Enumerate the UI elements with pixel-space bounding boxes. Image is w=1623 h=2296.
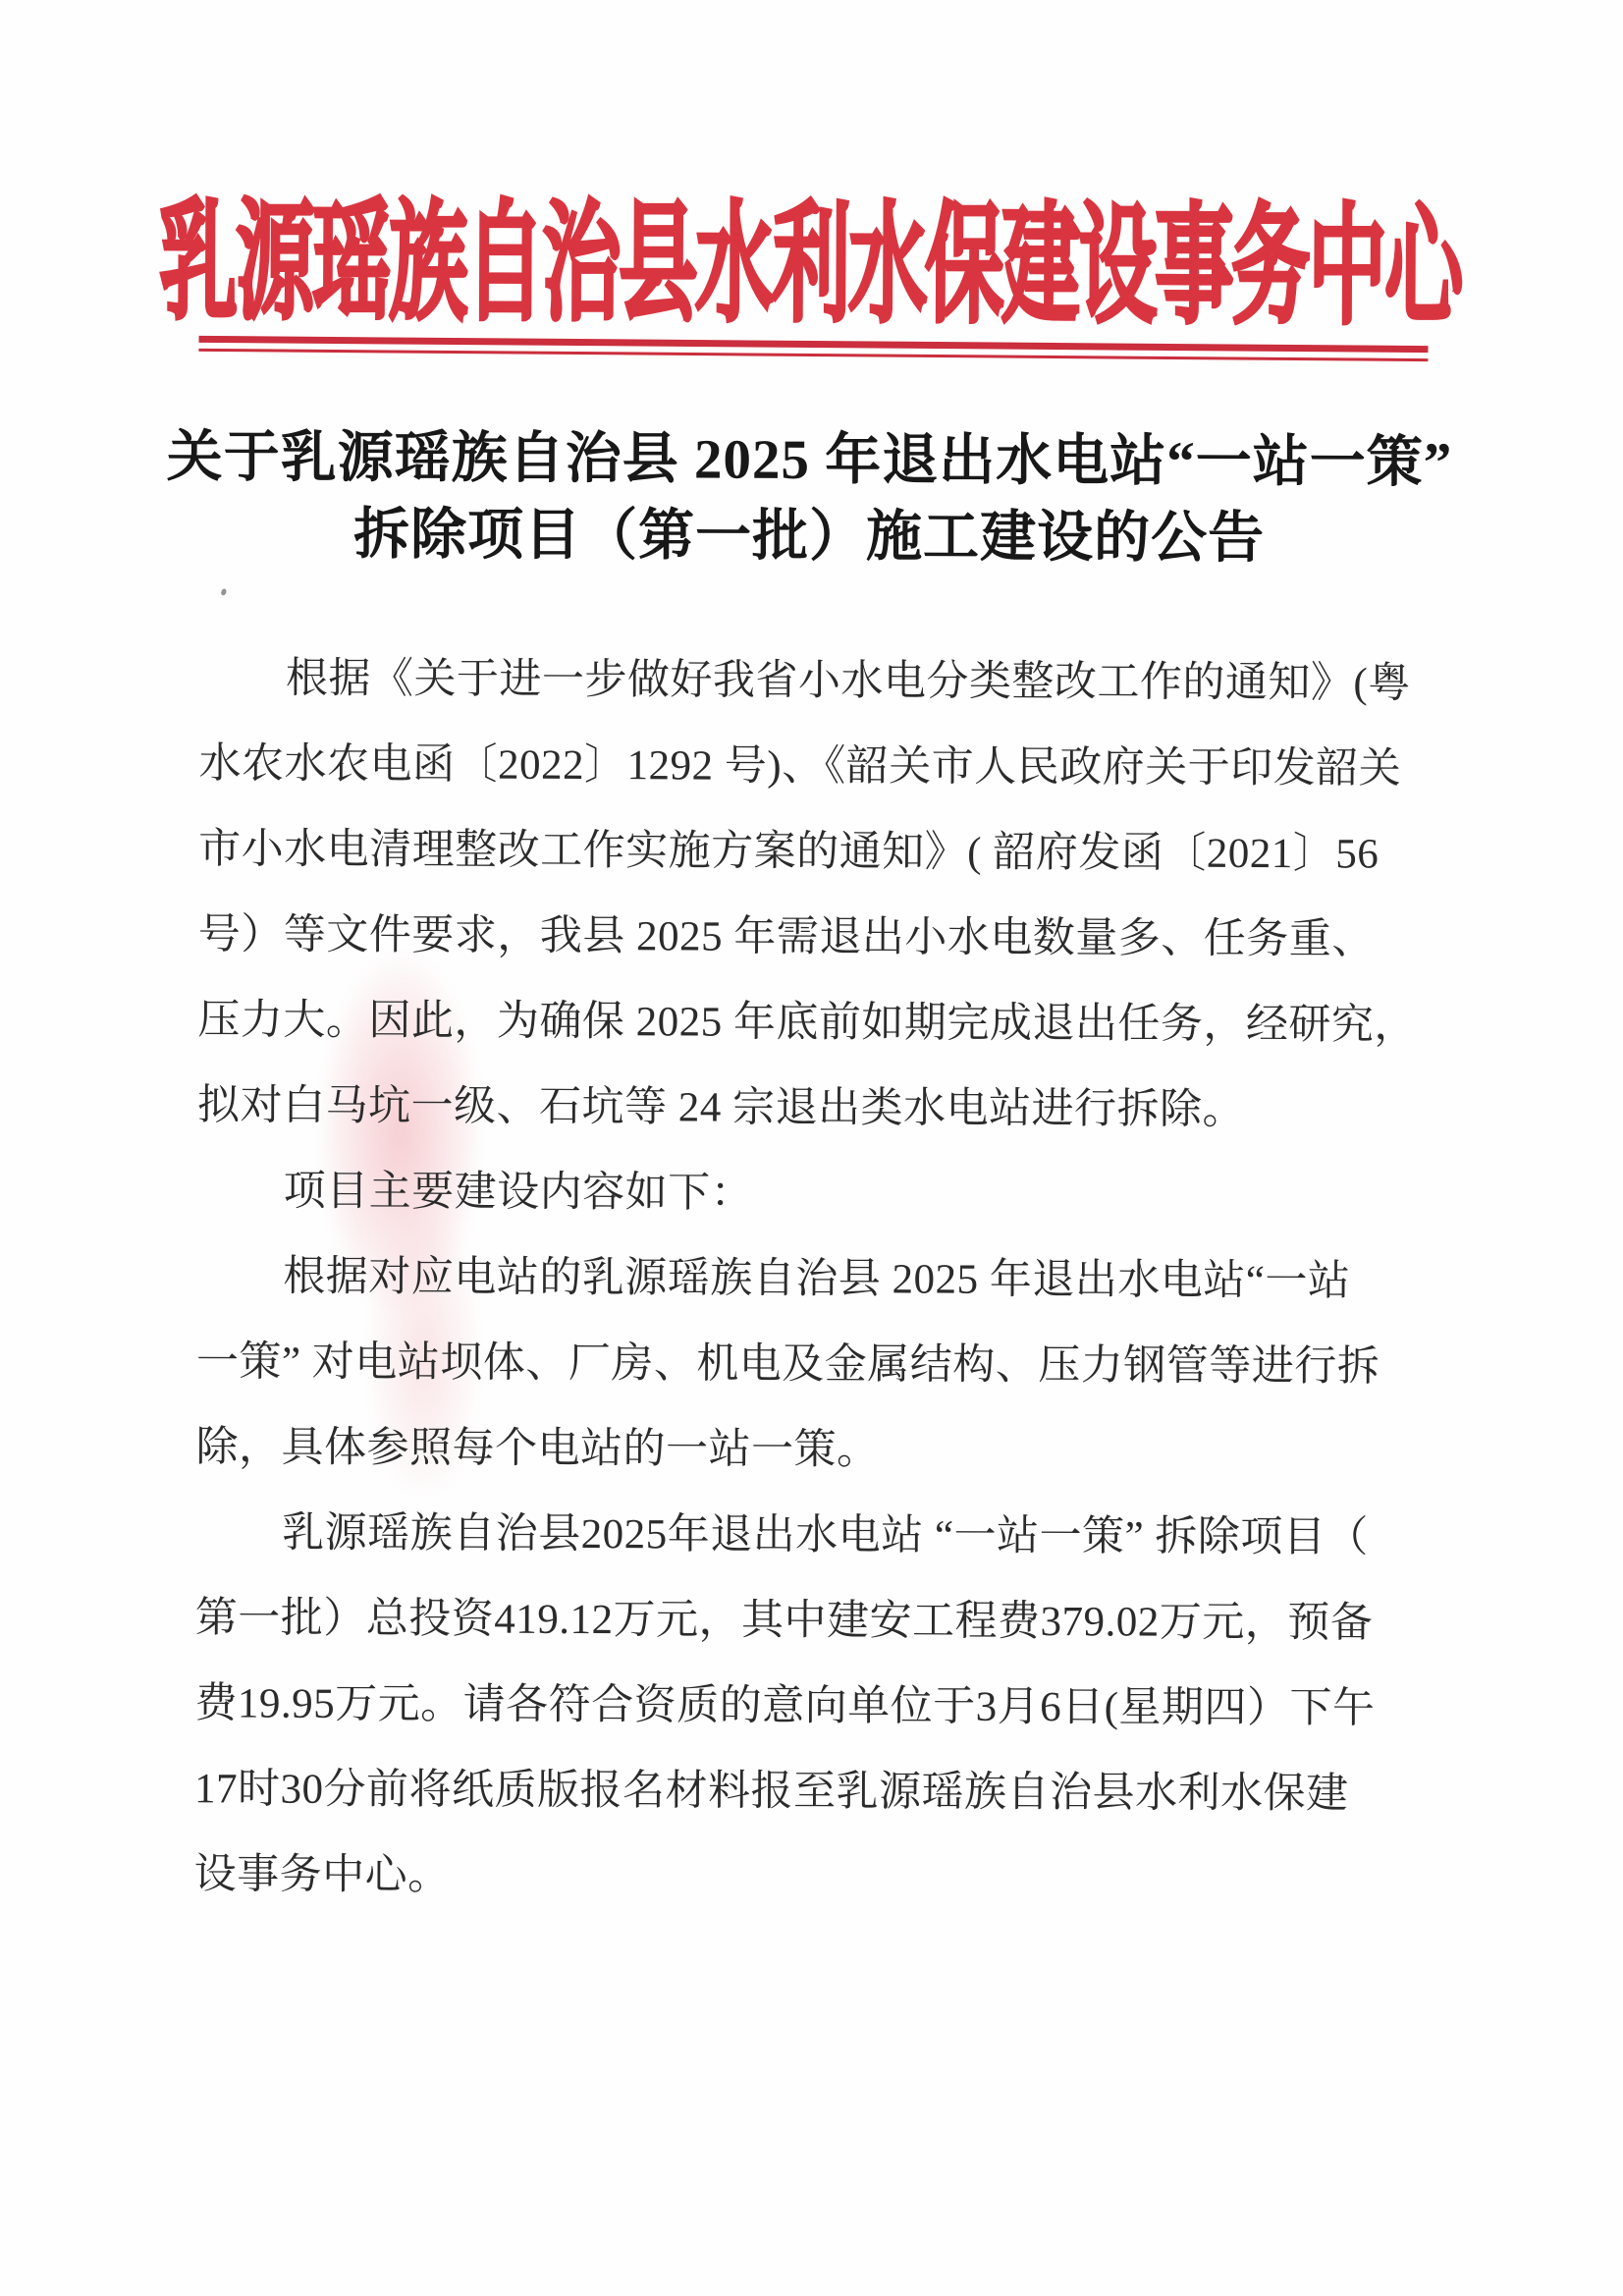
document-page: 乳源瑶族自治县水利水保建设事务中心 关于乳源瑶族自治县 2025 年退出水电站“…	[0, 0, 1623, 2296]
body-line: 项目主要建设内容如下：	[197, 1148, 1425, 1238]
notice-body: 根据《关于进一步做好我省小水电分类整改工作的通知》(粤 水农水农电函〔2022〕…	[193, 635, 1427, 1922]
body-line: 拟对白马坑一级、石坑等 24 宗退出类水电站进行拆除。	[197, 1063, 1425, 1153]
body-line: 除，具体参照每个电站的一站一策。	[195, 1404, 1423, 1495]
body-line: 水农水农电函〔2022〕1292 号)、《韶关市人民政府关于印发韶关	[198, 721, 1426, 811]
notice-title-line1: 关于乳源瑶族自治县 2025 年退出水电站“一站一策”	[0, 418, 1621, 502]
body-line: 乳源瑶族自治县2025年退出水电站 “一站一策” 拆除项目（	[195, 1490, 1423, 1580]
body-line: 第一批）总投资419.12万元，其中建安工程费379.02万元，预备	[195, 1575, 1423, 1666]
body-line: 一策” 对电站坝体、厂房、机电及金属结构、压力钢管等进行拆	[196, 1319, 1424, 1409]
body-line: 压力大。因此，为确保 2025 年底前如期完成退出任务，经研究，	[197, 977, 1425, 1067]
letterhead: 乳源瑶族自治县水利水保建设事务中心	[0, 192, 1622, 335]
body-line: 根据对应电站的乳源瑶族自治县 2025 年退出水电站“一站	[196, 1233, 1424, 1324]
body-line: 设事务中心。	[193, 1831, 1421, 1922]
scanned-content: 乳源瑶族自治县水利水保建设事务中心 关于乳源瑶族自治县 2025 年退出水电站“…	[0, 0, 1623, 2296]
body-line: 17时30分前将纸质版报名材料报至乳源瑶族自治县水利水保建	[194, 1746, 1422, 1836]
notice-title-line2: 拆除项目（第一批）施工建设的公告	[0, 495, 1621, 578]
body-line: 号）等文件要求，我县 2025 年需退出小水电数量多、任务重、	[198, 892, 1426, 982]
body-line: 根据《关于进一步做好我省小水电分类整改工作的通知》(粤	[199, 635, 1427, 726]
body-line: 费19.95万元。请各符合资质的意向单位于3月6日(星期四）下午	[194, 1661, 1422, 1751]
body-line: 市小水电清理整改工作实施方案的通知》( 韶府发函〔2021〕56	[198, 806, 1426, 897]
notice-title: 关于乳源瑶族自治县 2025 年退出水电站“一站一策” 拆除项目（第一批）施工建…	[0, 418, 1621, 578]
scan-artifact-dot	[220, 588, 227, 596]
letterhead-title: 乳源瑶族自治县水利水保建设事务中心	[159, 198, 1462, 335]
